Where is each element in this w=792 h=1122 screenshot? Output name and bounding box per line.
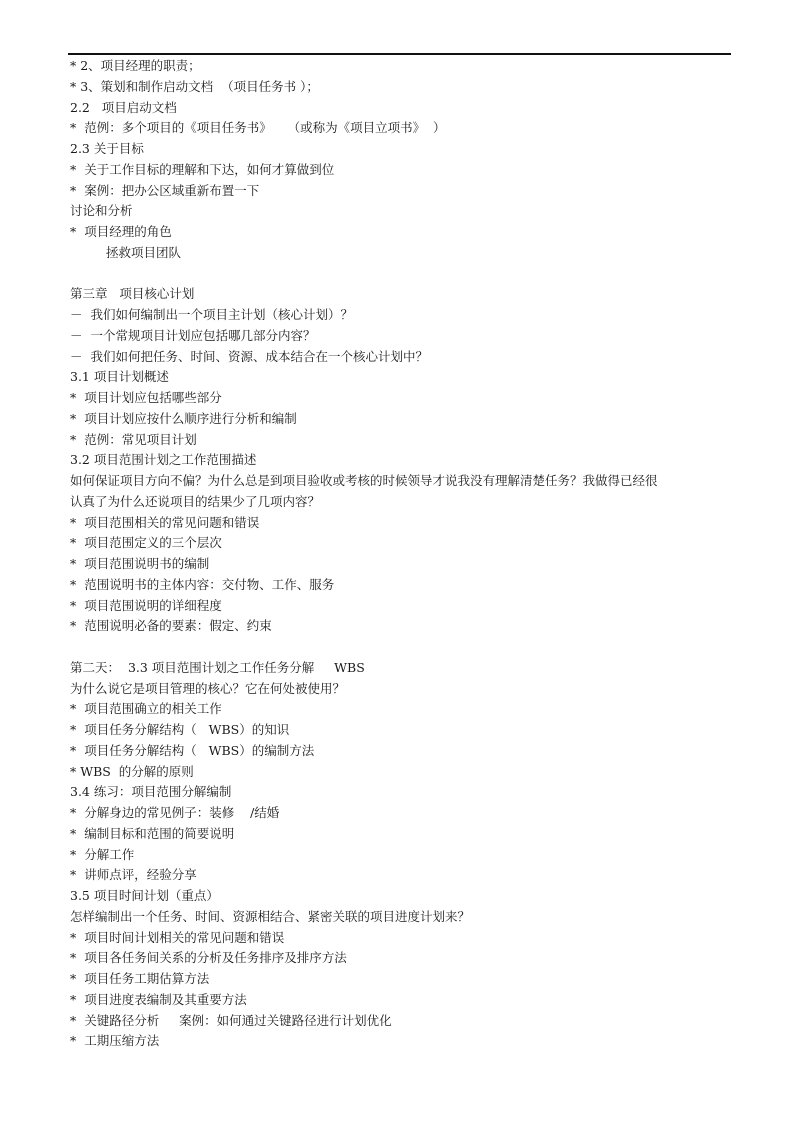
paragraph: 认真了为什么还说项目的结果少了几项内容？ (70, 492, 730, 513)
bullet-item: * 项目时间计划相关的常见问题和错误 (70, 928, 730, 949)
bullet-item: * 范例：常见项目计划 (70, 430, 730, 451)
dash-item: － 我们如何把任务、时间、资源、成本结合在一个核心计划中？ (70, 347, 730, 368)
dash-item: － 一个常规项目计划应包括哪几部分内容？ (70, 326, 730, 347)
chapter-title: 第二天： 3.3 项目范围计划之工作任务分解 WBS (70, 658, 730, 679)
paragraph: 讨论和分析 (70, 201, 730, 222)
section-heading: 2.2 项目启动文档 (70, 98, 730, 119)
bullet-item: * 编制目标和范围的简要说明 (70, 824, 730, 845)
bullet-item: * 分解身边的常见例子：装修 /结婚 (70, 803, 730, 824)
bullet-item: * 关于工作目标的理解和下达，如何才算做到位 (70, 160, 730, 181)
bullet-item: * 项目计划应按什么顺序进行分析和编制 (70, 409, 730, 430)
bullet-item: * 项目进度表编制及其重要方法 (70, 990, 730, 1011)
bullet-item: * 项目任务分解结构（ WBS）的知识 (70, 720, 730, 741)
section-heading: 3.4 练习：项目范围分解编制 (70, 782, 730, 803)
dash-item: － 我们如何编制出一个项目主计划（核心计划）？ (70, 305, 730, 326)
bullet-item: * 讲师点评，经验分享 (70, 865, 730, 886)
bullet-item: * 案例：把办公区域重新布置一下 (70, 181, 730, 202)
bullet-item: * WBS 的分解的原则 (70, 762, 730, 783)
bullet-item: * 项目范围说明书的编制 (70, 554, 730, 575)
bullet-item: * 项目计划应包括哪些部分 (70, 388, 730, 409)
bullet-item: * 工期压缩方法 (70, 1031, 730, 1052)
bullet-item: * 项目范围说明的详细程度 (70, 596, 730, 617)
blank-line (70, 637, 730, 658)
bullet-item: * 项目各任务间关系的分析及任务排序及排序方法 (70, 948, 730, 969)
chapter-title: 第三章 项目核心计划 (70, 284, 730, 305)
header-rule (68, 53, 731, 55)
section-heading: 3.2 项目范围计划之工作范围描述 (70, 450, 730, 471)
bullet-item: * 范围说明必备的要素：假定、约束 (70, 616, 730, 637)
paragraph: 为什么说它是项目管理的核心？它在何处被使用？ (70, 679, 730, 700)
document-body: * 2、项目经理的职责； * 3、策划和制作启动文档 （项目任务书 ）； 2.2… (70, 56, 730, 1052)
section-heading: 3.5 项目时间计划（重点） (70, 886, 730, 907)
bullet-item: * 项目任务分解结构（ WBS）的编制方法 (70, 741, 730, 762)
bullet-item: * 范围说明书的主体内容：交付物、工作、服务 (70, 575, 730, 596)
bullet-item: * 项目范围相关的常见问题和错误 (70, 513, 730, 534)
bullet-item: * 项目任务工期估算方法 (70, 969, 730, 990)
bullet-item: * 项目经理的角色 (70, 222, 730, 243)
indented-item: 拯救项目团队 (70, 243, 730, 264)
bullet-item: * 3、策划和制作启动文档 （项目任务书 ）； (70, 77, 730, 98)
section-heading: 2.3 关于目标 (70, 139, 730, 160)
blank-line (70, 264, 730, 285)
bullet-item: * 范例：多个项目的《项目任务书》 （或称为《项目立项书》 ） (70, 118, 730, 139)
bullet-item: * 项目范围定义的三个层次 (70, 533, 730, 554)
bullet-item: * 项目范围确立的相关工作 (70, 699, 730, 720)
paragraph: 怎样编制出一个任务、时间、资源相结合、紧密关联的项目进度计划来？ (70, 907, 730, 928)
paragraph: 如何保证项目方向不偏？为什么总是到项目验收或考核的时候领导才说我没有理解清楚任务… (70, 471, 730, 492)
bullet-item: * 关键路径分析 案例：如何通过关键路径进行计划优化 (70, 1011, 730, 1032)
section-heading: 3.1 项目计划概述 (70, 367, 730, 388)
bullet-item: * 分解工作 (70, 845, 730, 866)
bullet-item: * 2、项目经理的职责； (70, 56, 730, 77)
